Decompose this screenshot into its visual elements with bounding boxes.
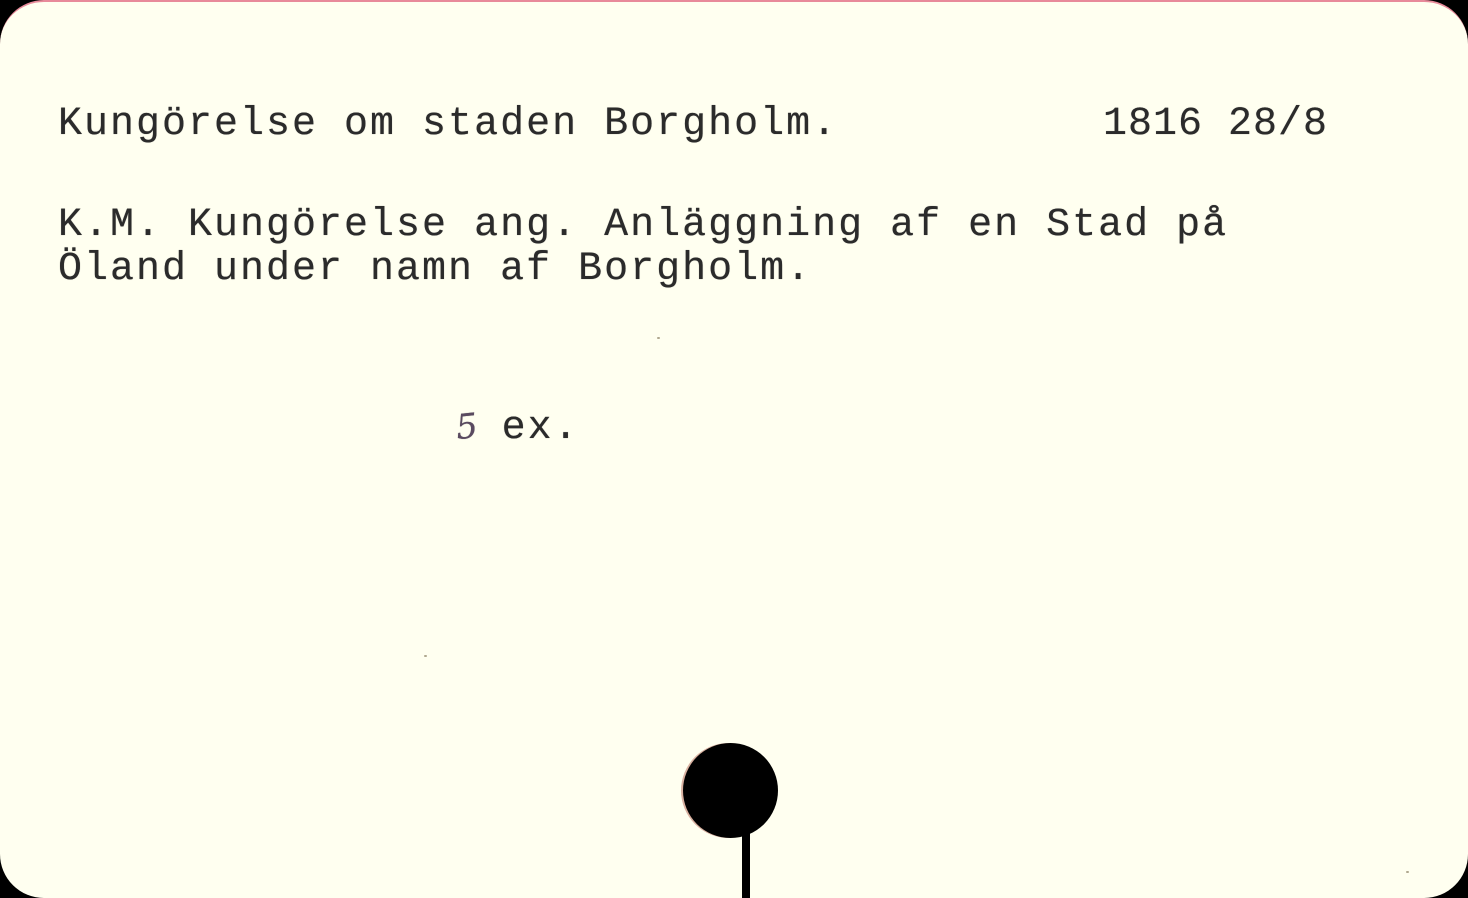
- filing-rod: [742, 830, 750, 898]
- catalog-card: Kungörelse om staden Borgholm. 1816 28/8…: [0, 0, 1468, 898]
- copies-count-handwritten: 5: [454, 403, 482, 451]
- card-description: K.M. Kungörelse ang. Anläggning af en St…: [58, 204, 1418, 292]
- copies-note: 5ex.: [352, 358, 580, 498]
- paper-speck: [657, 337, 660, 339]
- punch-hole: [683, 743, 778, 838]
- paper-speck: [1406, 871, 1409, 873]
- card-date: 1816 28/8: [1103, 102, 1328, 148]
- copies-unit: ex.: [502, 406, 580, 451]
- card-title: Kungörelse om staden Borgholm.: [58, 102, 838, 148]
- paper-speck: [424, 655, 427, 657]
